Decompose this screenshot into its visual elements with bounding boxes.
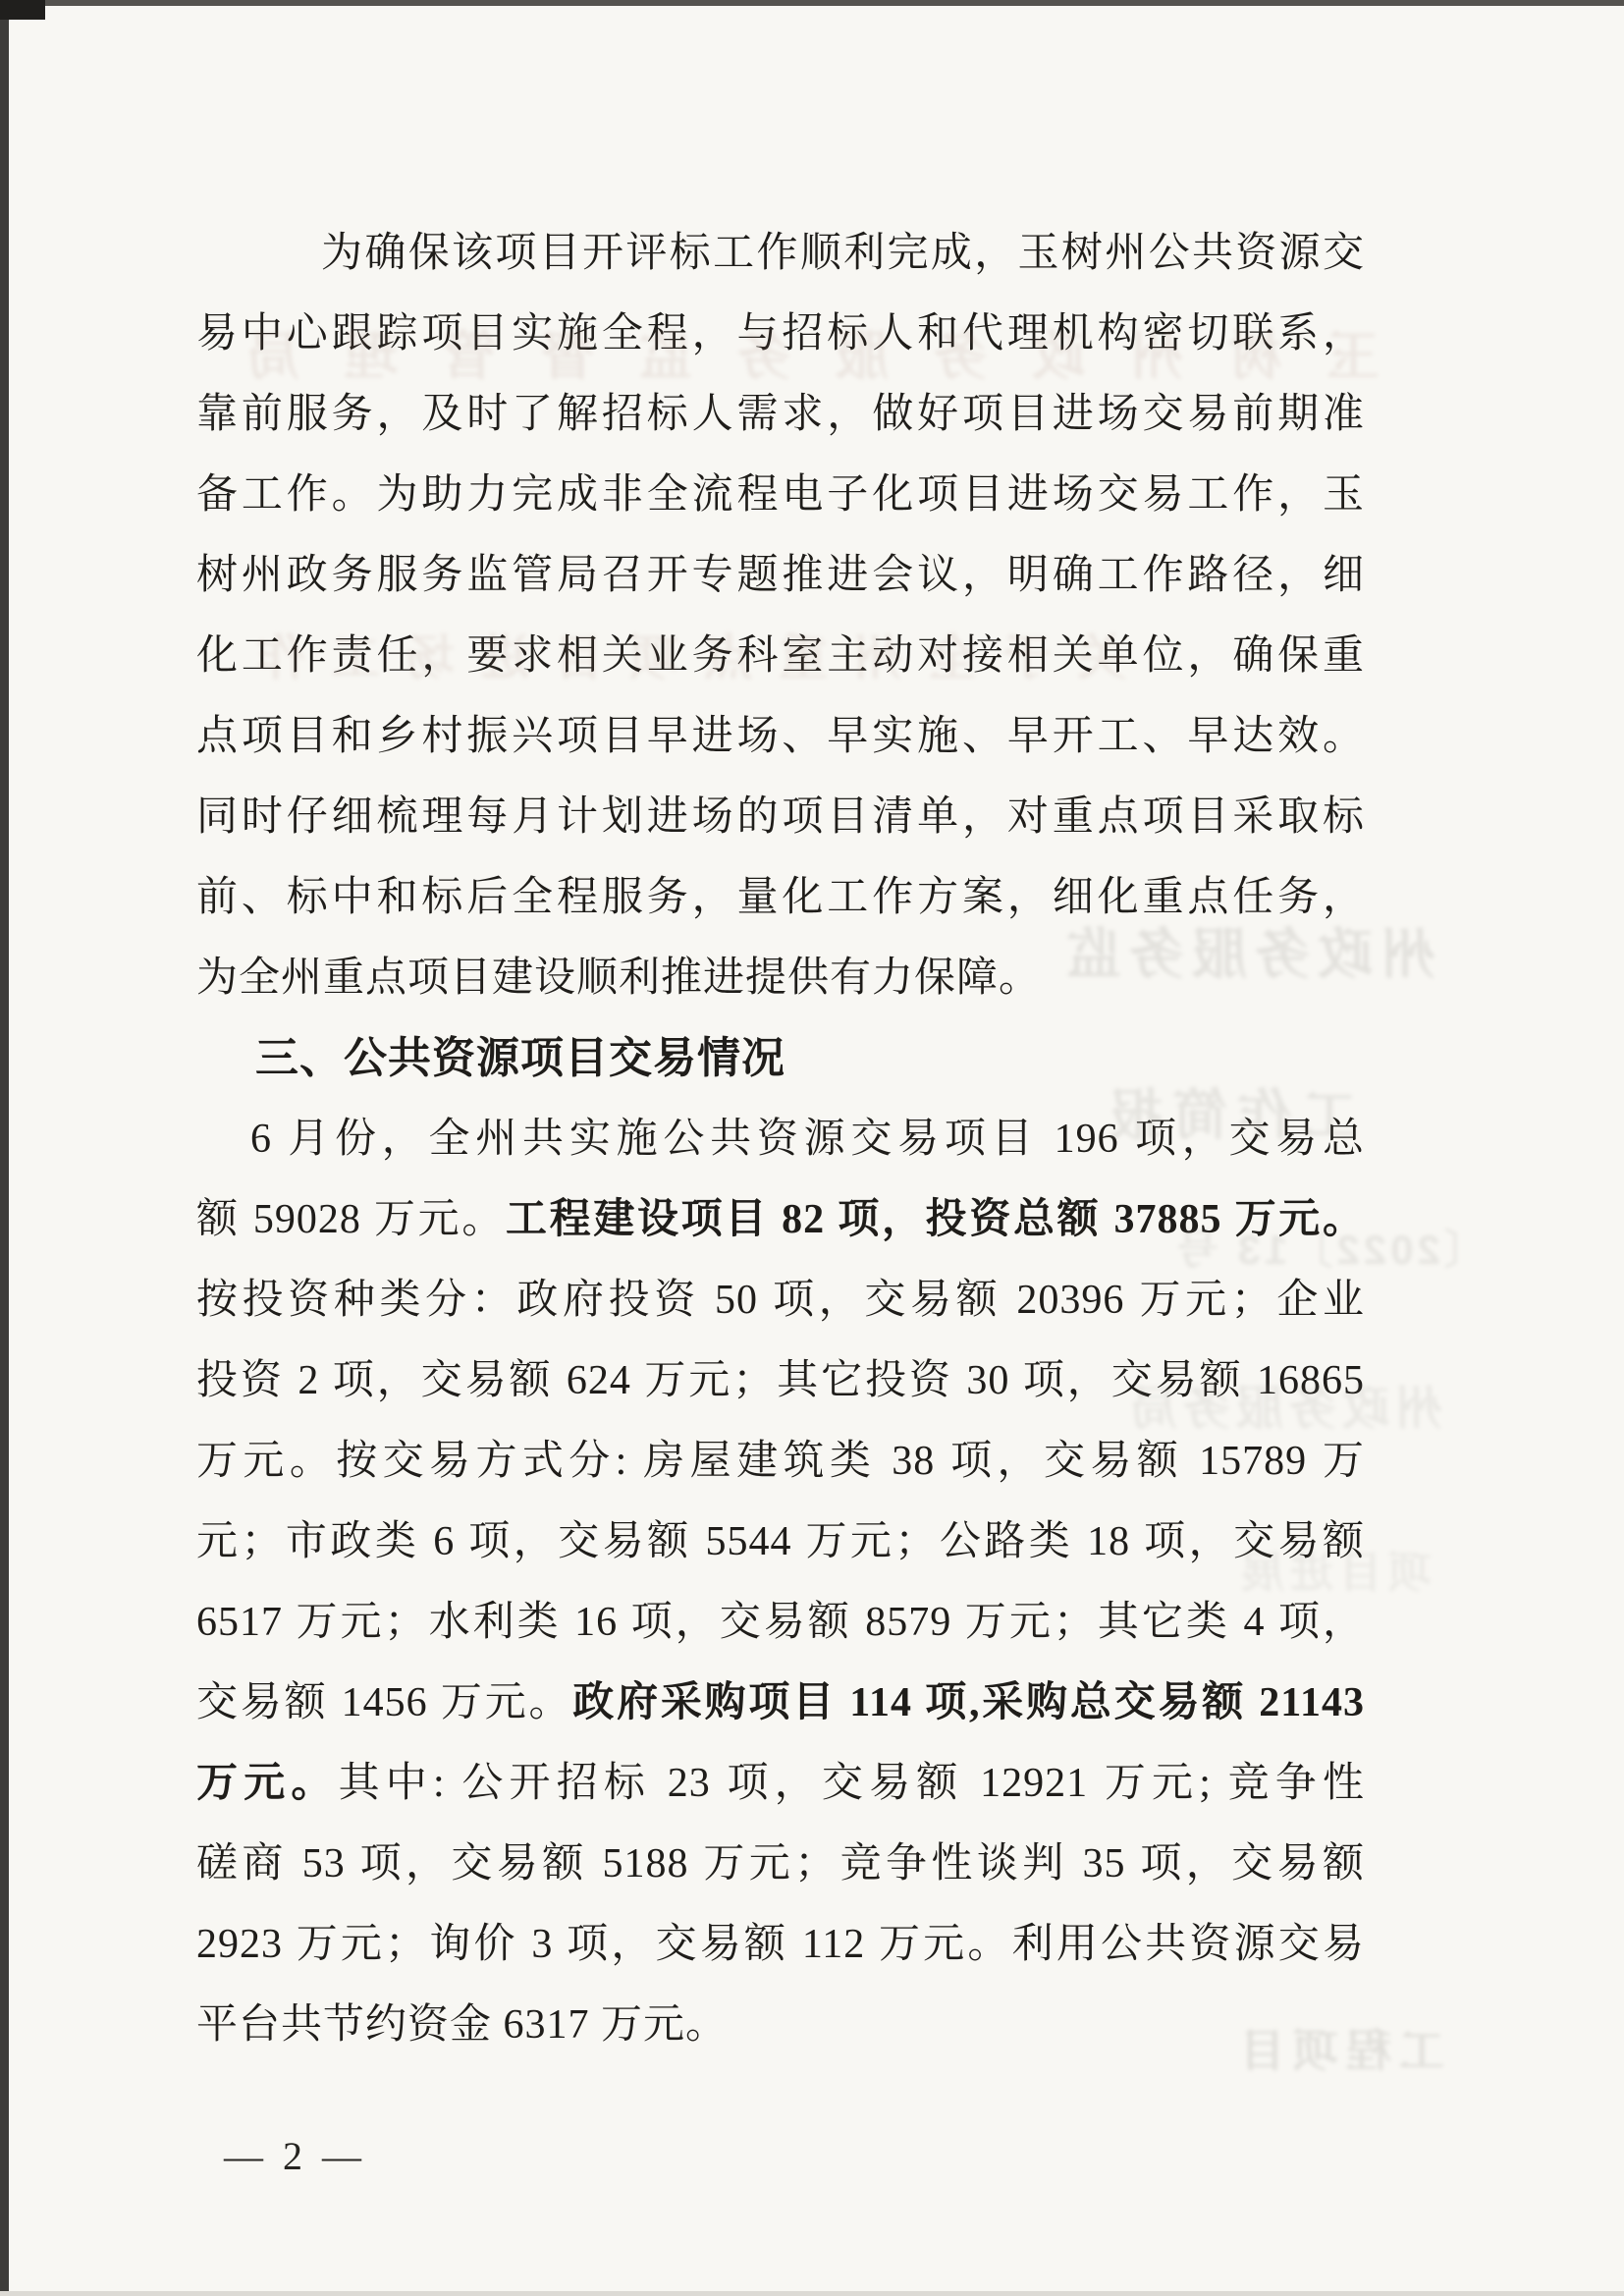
text-line: 按投资种类分：政府投资 50 项，交易额 20396 万元；企业 [196, 1260, 1365, 1340]
text-line: 化工作责任，要求相关业务科室主动对接相关单位，确保重 [196, 616, 1365, 696]
text-line: 为全州重点项目建设顺利推进提供有力保障。 [196, 938, 1365, 1018]
text-line: 投资 2 项，交易额 624 万元；其它投资 30 项，交易额 16865 [196, 1340, 1365, 1421]
text-line: 靠前服务，及时了解招标人需求，做好项目进场交易前期准 [196, 374, 1365, 455]
section-heading: 三、公共资源项目交易情况 [196, 1018, 1365, 1099]
text-line: 前、标中和标后全程服务，量化工作方案，细化重点任务， [196, 857, 1365, 938]
scan-edge-bottom [0, 2291, 1624, 2296]
scanned-document-page: 为确保该项目开评标工作顺利完成，玉树州公共资源交易中心跟踪项目实施全程，与招标人… [0, 0, 1624, 2296]
text-line: 交易额 1456 万元。政府采购项目 114 项,采购总交易额 21143 [196, 1663, 1365, 1743]
page-number: — 2 — [224, 2127, 366, 2186]
text-line: 磋商 53 项，交易额 5188 万元；竞争性谈判 35 项，交易额 [196, 1824, 1365, 1904]
scan-edge-top [0, 0, 1624, 6]
text-line: 6517 万元；水利类 16 项，交易额 8579 万元；其它类 4 项， [196, 1582, 1365, 1663]
scan-edge-left [0, 0, 9, 2296]
text-line: 万元。按交易方式分: 房屋建筑类 38 项，交易额 15789 万 [196, 1421, 1365, 1502]
text-line: 同时仔细梳理每月计划进场的项目清单，对重点项目采取标 [196, 777, 1365, 857]
scan-edge-corner [0, 0, 45, 20]
text-line: 为确保该项目开评标工作顺利完成，玉树州公共资源交 [196, 213, 1365, 294]
text-line: 备工作。为助力完成非全流程电子化项目进场交易工作，玉 [196, 455, 1365, 535]
text-line: 6 月份，全州共实施公共资源交易项目 196 项，交易总 [196, 1099, 1365, 1179]
text-line: 万元。其中: 公开招标 23 项，交易额 12921 万元; 竞争性 [196, 1743, 1365, 1824]
text-line: 元；市政类 6 项，交易额 5544 万元；公路类 18 项，交易额 [196, 1502, 1365, 1582]
text-line: 平台共节约资金 6317 万元。 [196, 1985, 1365, 2065]
text-line: 额 59028 万元。工程建设项目 82 项，投资总额 37885 万元。 [196, 1179, 1365, 1260]
text-block: 为确保该项目开评标工作顺利完成，玉树州公共资源交易中心跟踪项目实施全程，与招标人… [196, 213, 1365, 2065]
text-line: 点项目和乡村振兴项目早进场、早实施、早开工、早达效。 [196, 696, 1365, 777]
text-line: 树州政务服务监管局召开专题推进会议，明确工作路径，细 [196, 535, 1365, 616]
text-line: 易中心跟踪项目实施全程，与招标人和代理机构密切联系， [196, 294, 1365, 374]
text-line: 2923 万元；询价 3 项，交易额 112 万元。利用公共资源交易 [196, 1904, 1365, 1985]
